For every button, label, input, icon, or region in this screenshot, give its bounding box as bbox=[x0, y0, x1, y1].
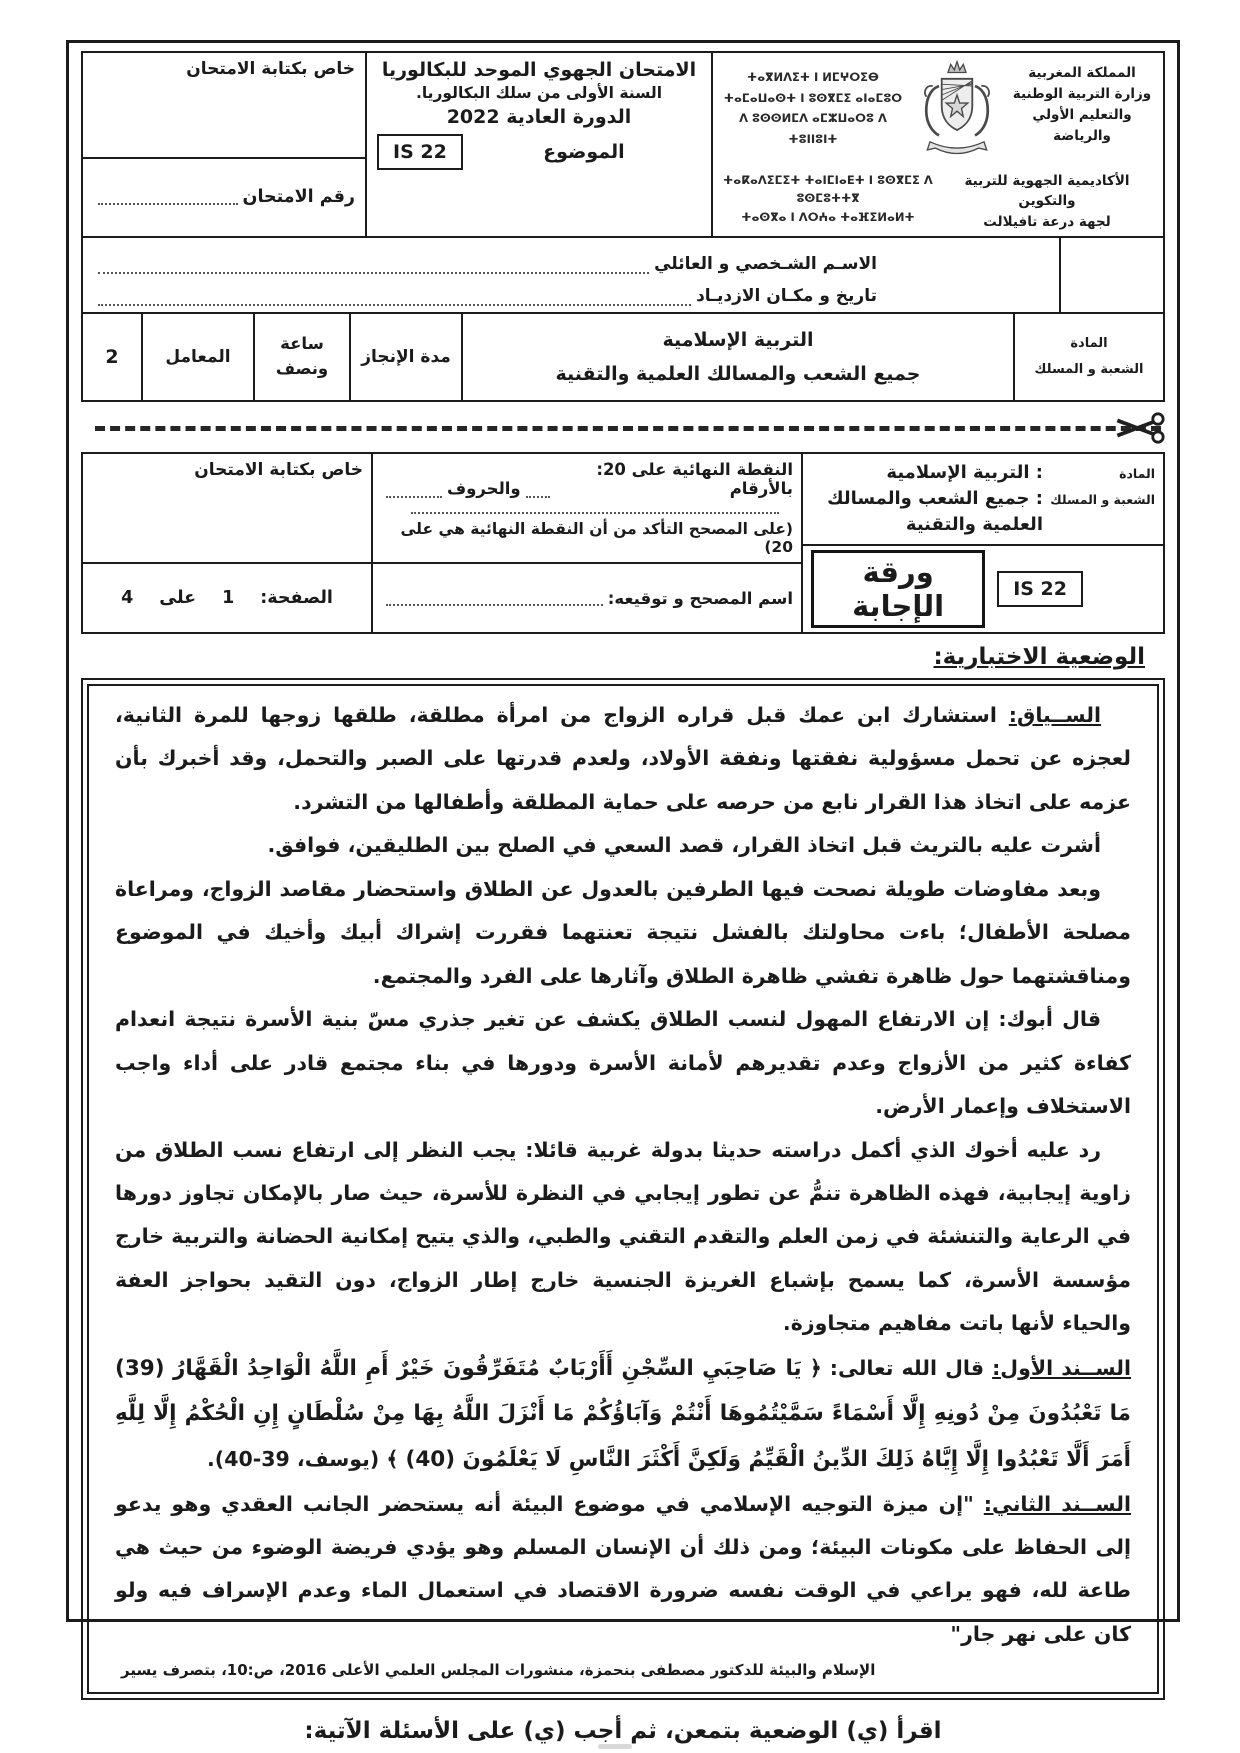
score-letters-field bbox=[386, 483, 442, 498]
corrector-row: اسم المصحح و توقيعه: bbox=[373, 564, 801, 632]
birth-field bbox=[98, 291, 691, 306]
tifinagh-line-4: ⵜⴰⴽⴰⴷⵉⵎⵉⵜ ⵜⴰⵏⵎⵏⴰⴹⵜ ⵏ ⵓⵙⴳⵎⵉ ⴷ ⵓⵙⵎⵓⵜⵜⴳ bbox=[719, 171, 937, 208]
corrector-signature-field bbox=[386, 591, 603, 606]
scan-smudge bbox=[598, 1744, 632, 1749]
first-support-label: الســند الأول: bbox=[992, 1356, 1131, 1380]
branch-value: جميع الشعب والمسالك العلمية والتقنية bbox=[467, 357, 1009, 391]
second-support-paragraph: الســند الثاني: "إن ميزة التوجيه الإسلام… bbox=[115, 1483, 1131, 1657]
academy-arabic-lines: الأكاديمية الجهوية للتربية والتكوين لجهة… bbox=[937, 171, 1157, 232]
answer-sheet-title: ورقة الإجابة bbox=[811, 550, 985, 628]
ministry-block: المملكة المغربية وزارة التربية الوطنية و… bbox=[711, 53, 1163, 236]
tifinagh-line-1: ⵜⴰⴳⵍⴷⵉⵜ ⵏ ⵍⵎⵖⵔⵉⴱ bbox=[719, 67, 907, 88]
exam-scan-page: المملكة المغربية وزارة التربية الوطنية و… bbox=[0, 0, 1240, 1753]
answer-subject-row: المادة : التربية الإسلامية bbox=[811, 460, 1155, 486]
exam-number-row: رقم الامتحان bbox=[83, 159, 365, 236]
ministry-line-ministry: وزارة التربية الوطنية bbox=[1007, 84, 1157, 105]
birth-label: تاريخ و مكـان الازديـاد bbox=[696, 286, 877, 306]
exam-title-block: الامتحان الجهوي الموحد للبكالوريا السنة … bbox=[365, 53, 711, 236]
situation-box: الســياق: استشارك ابن عمك قبل قراره الزو… bbox=[81, 678, 1165, 1700]
ministry-arabic-lines: المملكة المغربية وزارة التربية الوطنية و… bbox=[1007, 57, 1157, 147]
answer-title-row: IS 22 ورقة الإجابة bbox=[803, 546, 1163, 632]
page-of-word: على bbox=[159, 588, 196, 608]
answer-header-table: المادة : التربية الإسلامية الشعبة و المس… bbox=[81, 452, 1165, 634]
full-name-label: الاسـم الشـخصي و العائلي bbox=[654, 254, 877, 274]
paragraph-negotiations: وبعد مفاوضات طويلة نصحت فيها الطرفين بال… bbox=[115, 868, 1131, 998]
exam-number-field bbox=[98, 190, 238, 205]
quran-reference: ﴾ (يوسف، 39-40). bbox=[207, 1447, 398, 1471]
second-support-label: الســند الثاني: bbox=[984, 1492, 1131, 1516]
exam-code-box: IS 22 bbox=[377, 134, 463, 170]
ministry-line-kingdom: المملكة المغربية bbox=[1007, 63, 1157, 84]
paragraph-advice: أشرت عليه بالتريث قبل اتخاذ القرار، قصد … bbox=[115, 824, 1131, 867]
coefficient-value-cell: 2 bbox=[83, 314, 141, 400]
identity-row-spacer bbox=[1059, 238, 1163, 312]
subject-label: المادة bbox=[1019, 331, 1159, 357]
exam-session: الدورة العادية 2022 bbox=[373, 106, 705, 128]
ministry-line-academy: الأكاديمية الجهوية للتربية والتكوين bbox=[937, 171, 1157, 212]
coefficient-label-cell: المعامل bbox=[141, 314, 253, 400]
corrector-label: اسم المصحح و توقيعه: bbox=[608, 589, 793, 608]
ministry-line-education: والتعليم الأولي والرياضة bbox=[1007, 105, 1157, 147]
page-total: 4 bbox=[121, 588, 133, 608]
first-support-paragraph: الســند الأول: قال الله تعالى: ﴿ يَا صَا… bbox=[115, 1346, 1131, 1483]
answer-branch-row: الشعبة و المسلك : جميع الشعب والمسالك ال… bbox=[811, 486, 1155, 538]
exam-writer-only-box: خاص بكتابة الامتحان bbox=[83, 53, 365, 159]
footer-instruction: اقرأ (ي) الوضعية بتمعن، ثم أجب (ي) على ا… bbox=[81, 1718, 1165, 1744]
score-note: (على المصحح التأكد من أن النقطة النهائية… bbox=[381, 520, 793, 556]
subject-label-row: الموضوع IS 22 bbox=[373, 134, 705, 170]
answer-subject-label: المادة bbox=[1043, 460, 1155, 481]
answer-branch-label: الشعبة و المسلك bbox=[1043, 486, 1155, 507]
ministry-tifinagh-lines: ⵜⴰⴳⵍⴷⵉⵜ ⵏ ⵍⵎⵖⵔⵉⴱ ⵜⴰⵎⴰⵡⴰⵙⵜ ⵏ ⵓⵙⴳⵎⵉ ⴰⵏⴰⵎⵓⵔ… bbox=[719, 57, 907, 150]
score-continuation-field bbox=[411, 502, 779, 514]
second-support-text: "إن ميزة التوجيه الإسلامي في موضوع البيئ… bbox=[115, 1492, 1131, 1646]
branch-label: الشعبة و المسلك bbox=[1019, 357, 1159, 383]
subject-branch-labels: المادة الشعبة و المسلك bbox=[1013, 314, 1163, 400]
context-label: الســياق: bbox=[1009, 703, 1101, 727]
source-citation: الإسلام والبيئة للدكتور مصطفى بنحمزة، من… bbox=[121, 1658, 1131, 1684]
situation-box-inner: الســياق: استشارك ابن عمك قبل قراره الزو… bbox=[87, 684, 1159, 1694]
answer-subject-value: : التربية الإسلامية bbox=[811, 460, 1043, 486]
context-paragraph: الســياق: استشارك ابن عمك قبل قراره الزو… bbox=[115, 694, 1131, 824]
emblem-wrap bbox=[907, 57, 1007, 169]
tifinagh-line-5: ⵜⴰⵙⴳⴰ ⵏ ⴷⵔⵄⴰ ⵜⴰⴼⵉⵍⴰⵍⵜ bbox=[719, 208, 937, 226]
academy-tifinagh-lines: ⵜⴰⴽⴰⴷⵉⵎⵉⵜ ⵜⴰⵏⵎⵏⴰⴹⵜ ⵏ ⵓⵙⴳⵎⵉ ⴷ ⵓⵙⵎⵓⵜⵜⴳ ⵜⴰⵙ… bbox=[719, 171, 937, 232]
answer-code-box: IS 22 bbox=[997, 571, 1083, 607]
candidate-boxes: خاص بكتابة الامتحان رقم الامتحان bbox=[83, 53, 365, 236]
document-frame: المملكة المغربية وزارة التربية الوطنية و… bbox=[66, 40, 1180, 1622]
ministry-line-region: لجهة درعة تافيلالت bbox=[937, 212, 1157, 232]
answer-admin-column: خاص بكتابة الامتحان الصفحة: 1 على 4 bbox=[83, 454, 371, 632]
section-heading: الوضعية الاختبارية: bbox=[81, 644, 1145, 670]
subject-value: التربية الإسلامية bbox=[467, 323, 1009, 357]
birth-row: تاريخ و مكـان الازديـاد bbox=[93, 274, 1047, 306]
paragraph-father: قال أبوك: إن الارتفاع المهول لنسب الطلاق… bbox=[115, 998, 1131, 1128]
subject-value-cell: التربية الإسلامية جميع الشعب والمسالك ال… bbox=[461, 314, 1013, 400]
full-name-field bbox=[98, 259, 649, 274]
scissors-icon bbox=[1111, 411, 1169, 445]
duration-value-cell: ساعة ونصف bbox=[253, 314, 349, 400]
subject-header-top-row: المملكة المغربية وزارة التربية الوطنية و… bbox=[83, 53, 1163, 236]
identity-fields: الاسـم الشـخصي و العائلي تاريخ و مكـان ا… bbox=[83, 238, 1059, 312]
score-numbers-field bbox=[526, 483, 550, 498]
first-support-intro: قال الله تعالى: ﴿ bbox=[810, 1356, 984, 1380]
page-label: الصفحة: bbox=[260, 588, 333, 608]
duration-label-cell: مدة الإنجاز bbox=[349, 314, 461, 400]
subject-header-table: المملكة المغربية وزارة التربية الوطنية و… bbox=[81, 51, 1165, 402]
score-prefix: النقطة النهائية على 20: بالأرقام bbox=[555, 460, 793, 498]
subject-word: الموضوع bbox=[463, 141, 705, 163]
identity-row: الاسـم الشـخصي و العائلي تاريخ و مكـان ا… bbox=[83, 236, 1163, 312]
answer-subject-column: المادة : التربية الإسلامية الشعبة و المس… bbox=[801, 454, 1163, 632]
answer-writer-only-cell: خاص بكتابة الامتحان bbox=[83, 454, 371, 565]
score-letters-label: والحروف bbox=[447, 479, 521, 498]
score-column: النقطة النهائية على 20: بالأرقام والحروف… bbox=[371, 454, 801, 632]
answer-branch-value: : جميع الشعب والمسالك العلمية والتقنية bbox=[811, 486, 1043, 538]
paragraph-brother: رد عليه أخوك الذي أكمل دراسته حديثا بدول… bbox=[115, 1129, 1131, 1346]
page-number-row: الصفحة: 1 على 4 bbox=[83, 564, 371, 632]
ministry-row-1: المملكة المغربية وزارة التربية الوطنية و… bbox=[719, 57, 1157, 169]
subject-info-row: المادة الشعبة و المسلك التربية الإسلامية… bbox=[83, 312, 1163, 400]
tifinagh-line-3: ⴷ ⵓⵙⵙⵍⵎⴷ ⴰⵎⵣⵡⴰⵔⵓ ⴷ ⵜⵓⵏⵏⵓⵏⵜ bbox=[719, 108, 907, 149]
page-current: 1 bbox=[222, 588, 234, 608]
moroccan-coat-of-arms-icon bbox=[912, 57, 1002, 169]
exam-subtitle: السنة الأولى من سلك البكالوريا. bbox=[373, 84, 705, 102]
score-cell: النقطة النهائية على 20: بالأرقام والحروف… bbox=[373, 454, 801, 565]
exam-title: الامتحان الجهوي الموحد للبكالوريا bbox=[373, 59, 705, 81]
answer-subject-cell: المادة : التربية الإسلامية الشعبة و المس… bbox=[803, 454, 1163, 546]
dashed-cut-line bbox=[95, 426, 1161, 431]
score-line: النقطة النهائية على 20: بالأرقام والحروف bbox=[381, 460, 793, 498]
answer-writer-only-label: خاص بكتابة الامتحان bbox=[91, 460, 363, 480]
exam-number-label: رقم الامتحان bbox=[243, 187, 355, 207]
cut-line-row bbox=[81, 412, 1165, 446]
tifinagh-line-2: ⵜⴰⵎⴰⵡⴰⵙⵜ ⵏ ⵓⵙⴳⵎⵉ ⴰⵏⴰⵎⵓⵔ bbox=[719, 88, 907, 109]
full-name-row: الاسـم الشـخصي و العائلي bbox=[93, 242, 1047, 274]
ministry-row-2: الأكاديمية الجهوية للتربية والتكوين لجهة… bbox=[719, 171, 1157, 232]
context-text: استشارك ابن عمك قبل قراره الزواج من امرأ… bbox=[115, 703, 1131, 814]
